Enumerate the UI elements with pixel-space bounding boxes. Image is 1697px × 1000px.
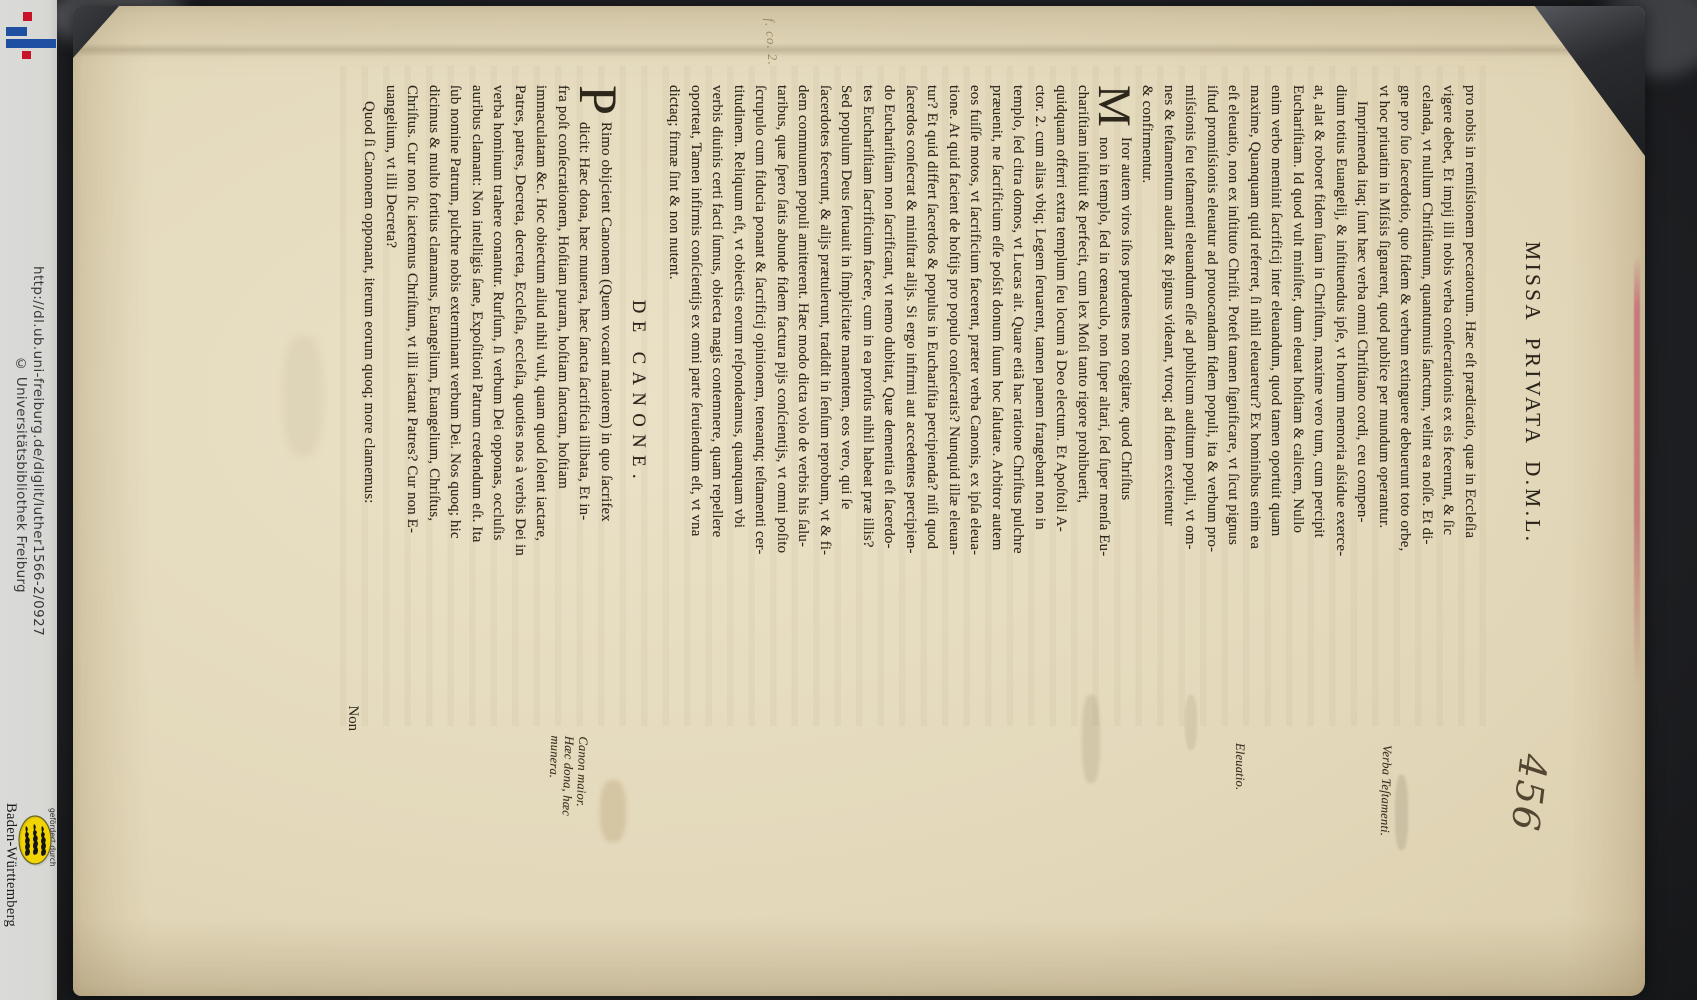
section-heading: DE CANONE. [625,85,650,701]
stain [283,336,323,456]
book-page-scan: MISSA PRIVATA D.M.L. 456 f. co. 2. pro n… [73,6,1645,996]
logo-red-square [22,51,31,59]
text-line: taribus, quæ ſpero ſatis abunde fidem fa… [771,85,793,701]
text-line: uangelium, vt illi Decreta? [380,85,402,701]
text-line: gne pro ſuo ſacerdotio, quo fidem & verb… [1394,85,1416,701]
text-line: templo, ſed citra domos, vt Lucas ait. Q… [1007,85,1029,701]
text-line: chariſtiam inſtituit & perfecit, cum lex… [1072,85,1094,701]
text-line: enim verbo meminit ſacrificij inter eleu… [1265,85,1287,701]
page-content-rotated: MISSA PRIVATA D.M.L. 456 f. co. 2. pro n… [73,6,1645,996]
margin-note-eleuatio: Eleuatio. [1233,743,1247,790]
stain [600,780,626,842]
text-line: Sed populum Deus ſeruauit in ſimplicitat… [835,85,857,701]
text-line: Iror autem viros iſtos prudentes non cog… [1115,85,1137,701]
text-line: oporteat, Tamen infirmis conſcientijs ex… [685,85,707,701]
text-line: immaculatam &c. Hoc obiectum aliud nihil… [530,85,552,701]
text-line: at, alat & roboret fidem ſuam in Chriſtu… [1308,85,1330,701]
margin-note-verba-testamenti: Verba Teſtamenti. [1378,745,1394,836]
text-line: do Euchariſtiam non ſacrificant, vt nemo… [878,85,900,701]
text-line: auribus clamant: Non intelligis ſane, Ex… [466,85,488,701]
text-line: Imprimenda itaq; ſunt hæc verba omni Chr… [1351,85,1373,701]
text-line: verbis diuinis certi facti ſumus, obiect… [706,85,728,701]
logo-blue-bar [6,27,27,36]
text-line: fra poſt conſecrationem, Hoſtiam puram, … [552,85,574,701]
text-line: ſacerdos conſecrat & miniſtrat alijs. Si… [900,85,922,701]
text-line: ſub nomine Patrum, pulchre nobis extermi… [444,85,466,701]
paragraph: Imprimenda itaq; ſunt hæc verba omni Chr… [1136,85,1373,701]
text-line: pro nobis in remiſsionem peccatorum. Hæc… [1459,85,1481,701]
paragraph: MIror autem viros iſtos prudentes non co… [663,85,1136,701]
stain [1082,695,1100,783]
text-line: dem communem populi amitterent. Hæc modo… [792,85,814,701]
text-line: Patres, patres, Decreta, decreta, Eccleſ… [509,85,531,701]
logo-blue-bar [6,39,56,48]
paragraph: pro nobis in remiſsionem peccatorum. Hæc… [1373,85,1481,701]
text-line: Quod ſi Canonem opponant, iterum eorum q… [358,85,380,701]
text-line: vt hoc priuatim in Miſsis ſignarent, quo… [1373,85,1395,701]
margin-note-line: Canon maior. [574,736,591,816]
stain [1395,775,1408,850]
text-line: tes Euchariſtiam ſacrificium facere, cum… [857,85,879,701]
text-line: ctor. 2. cum alias vbiq; Legem ſeruarent… [1029,85,1051,701]
text-line: verba hominum trahere conantur. Rurſum, … [487,85,509,701]
paragraph: PRimo obijcient Canonem (Quem vocant mai… [380,85,617,701]
text-line: tione. At quid facient de hoſtijs pro po… [943,85,965,701]
text-line: Euchariſtiam. Id quod vult miniſter, dum… [1287,85,1309,701]
text-line: & confirmentur. [1136,85,1158,701]
margin-note-canon: Canon maior. Hæc dona, hæc munera. [546,735,591,816]
text-line: eſt eleuatio, non ex inſtituto Chriſti. … [1222,85,1244,701]
text-line: dictaq; firmæ ſint & non nutent. [663,85,685,701]
text-line: præuenit, ne ſacrificium eſſe poſsit don… [986,85,1008,701]
paragraph: Quod ſi Canonem opponant, iterum eorum q… [358,85,380,701]
text-line: eos fuiſſe motos, vt ſacrificium faceren… [964,85,986,701]
text-line: iſtud promiſsionis eleuatur ad prouocand… [1201,85,1223,701]
text-line: dium totius Euangelij, & inſtituendus ip… [1330,85,1352,701]
text-line: Chriſtus. Cur non ſic iactemus Chriſtum,… [401,85,423,701]
running-header: MISSA PRIVATA D.M.L. [1511,85,1545,701]
text-line: titudinem. Reliquum eſt, vt obiectis eor… [728,85,750,701]
funding-region-label: Baden-Württemberg [2,803,19,927]
document-url: http://dl.ub.uni-freiburg.de/diglit/luth… [30,266,46,636]
text-line: vigere debet, Et impij illi nobis verba … [1437,85,1459,701]
drop-cap-initial: M [1094,85,1134,127]
text-line: dicimus & multo fortius clamamus, Euange… [423,85,445,701]
page-edge-red-tint [1634,256,1640,686]
library-watermark-strip: http://dl.ub.uni-freiburg.de/diglit/luth… [0,0,57,1000]
drop-cap-initial: P [578,85,618,115]
text-line: ſcrupulo cum fiducia ponant & ſacrificij… [749,85,771,701]
stain [1185,695,1197,750]
margin-note-line: Hæc dona, hæc [560,736,577,816]
logo-red-square [23,12,32,21]
text-line: non in templo, ſed in cœnaculo, non ſupe… [1093,85,1115,701]
baden-wuerttemberg-coat-of-arms [16,812,54,868]
text-line: dicit: Hæc dona, hæc munera, hæc ſancta … [573,85,595,701]
text-line: tur? Et quid differt ſacerdos & populus … [921,85,943,701]
copyright-notice: © Universitätsbibliothek Freiburg [13,356,29,593]
catchword: Non [344,85,361,731]
body-text-block: pro nobis in remiſsionem peccatorum. Hæc… [358,85,1480,701]
text-line: celanda, vt nullum Chriſtianum, quantumu… [1416,85,1438,701]
text-line: quidquam offerri extra templum ſeu locum… [1050,85,1072,701]
text-line: Rimo obijcient Canonem (Quem vocant maio… [595,85,617,701]
text-line: ſacerdotes fecerunt, & alijs prætulerunt… [814,85,836,701]
page-fold-crease [73,43,1645,57]
text-line: miſsionis ſeu teſtamenti eleuandum eſſe … [1179,85,1201,701]
text-line: maxime, Quanquam quid referret, ſi nihil… [1244,85,1266,701]
text-line: nes & teſtamentum audiant & pignus videa… [1158,85,1180,701]
digitized-book-viewer: { "viewer": { "background_color": "#1c1d… [0,0,1697,1000]
folio-number: 456 [1502,752,1555,835]
handwritten-annotation: f. co. 2. [761,17,780,66]
